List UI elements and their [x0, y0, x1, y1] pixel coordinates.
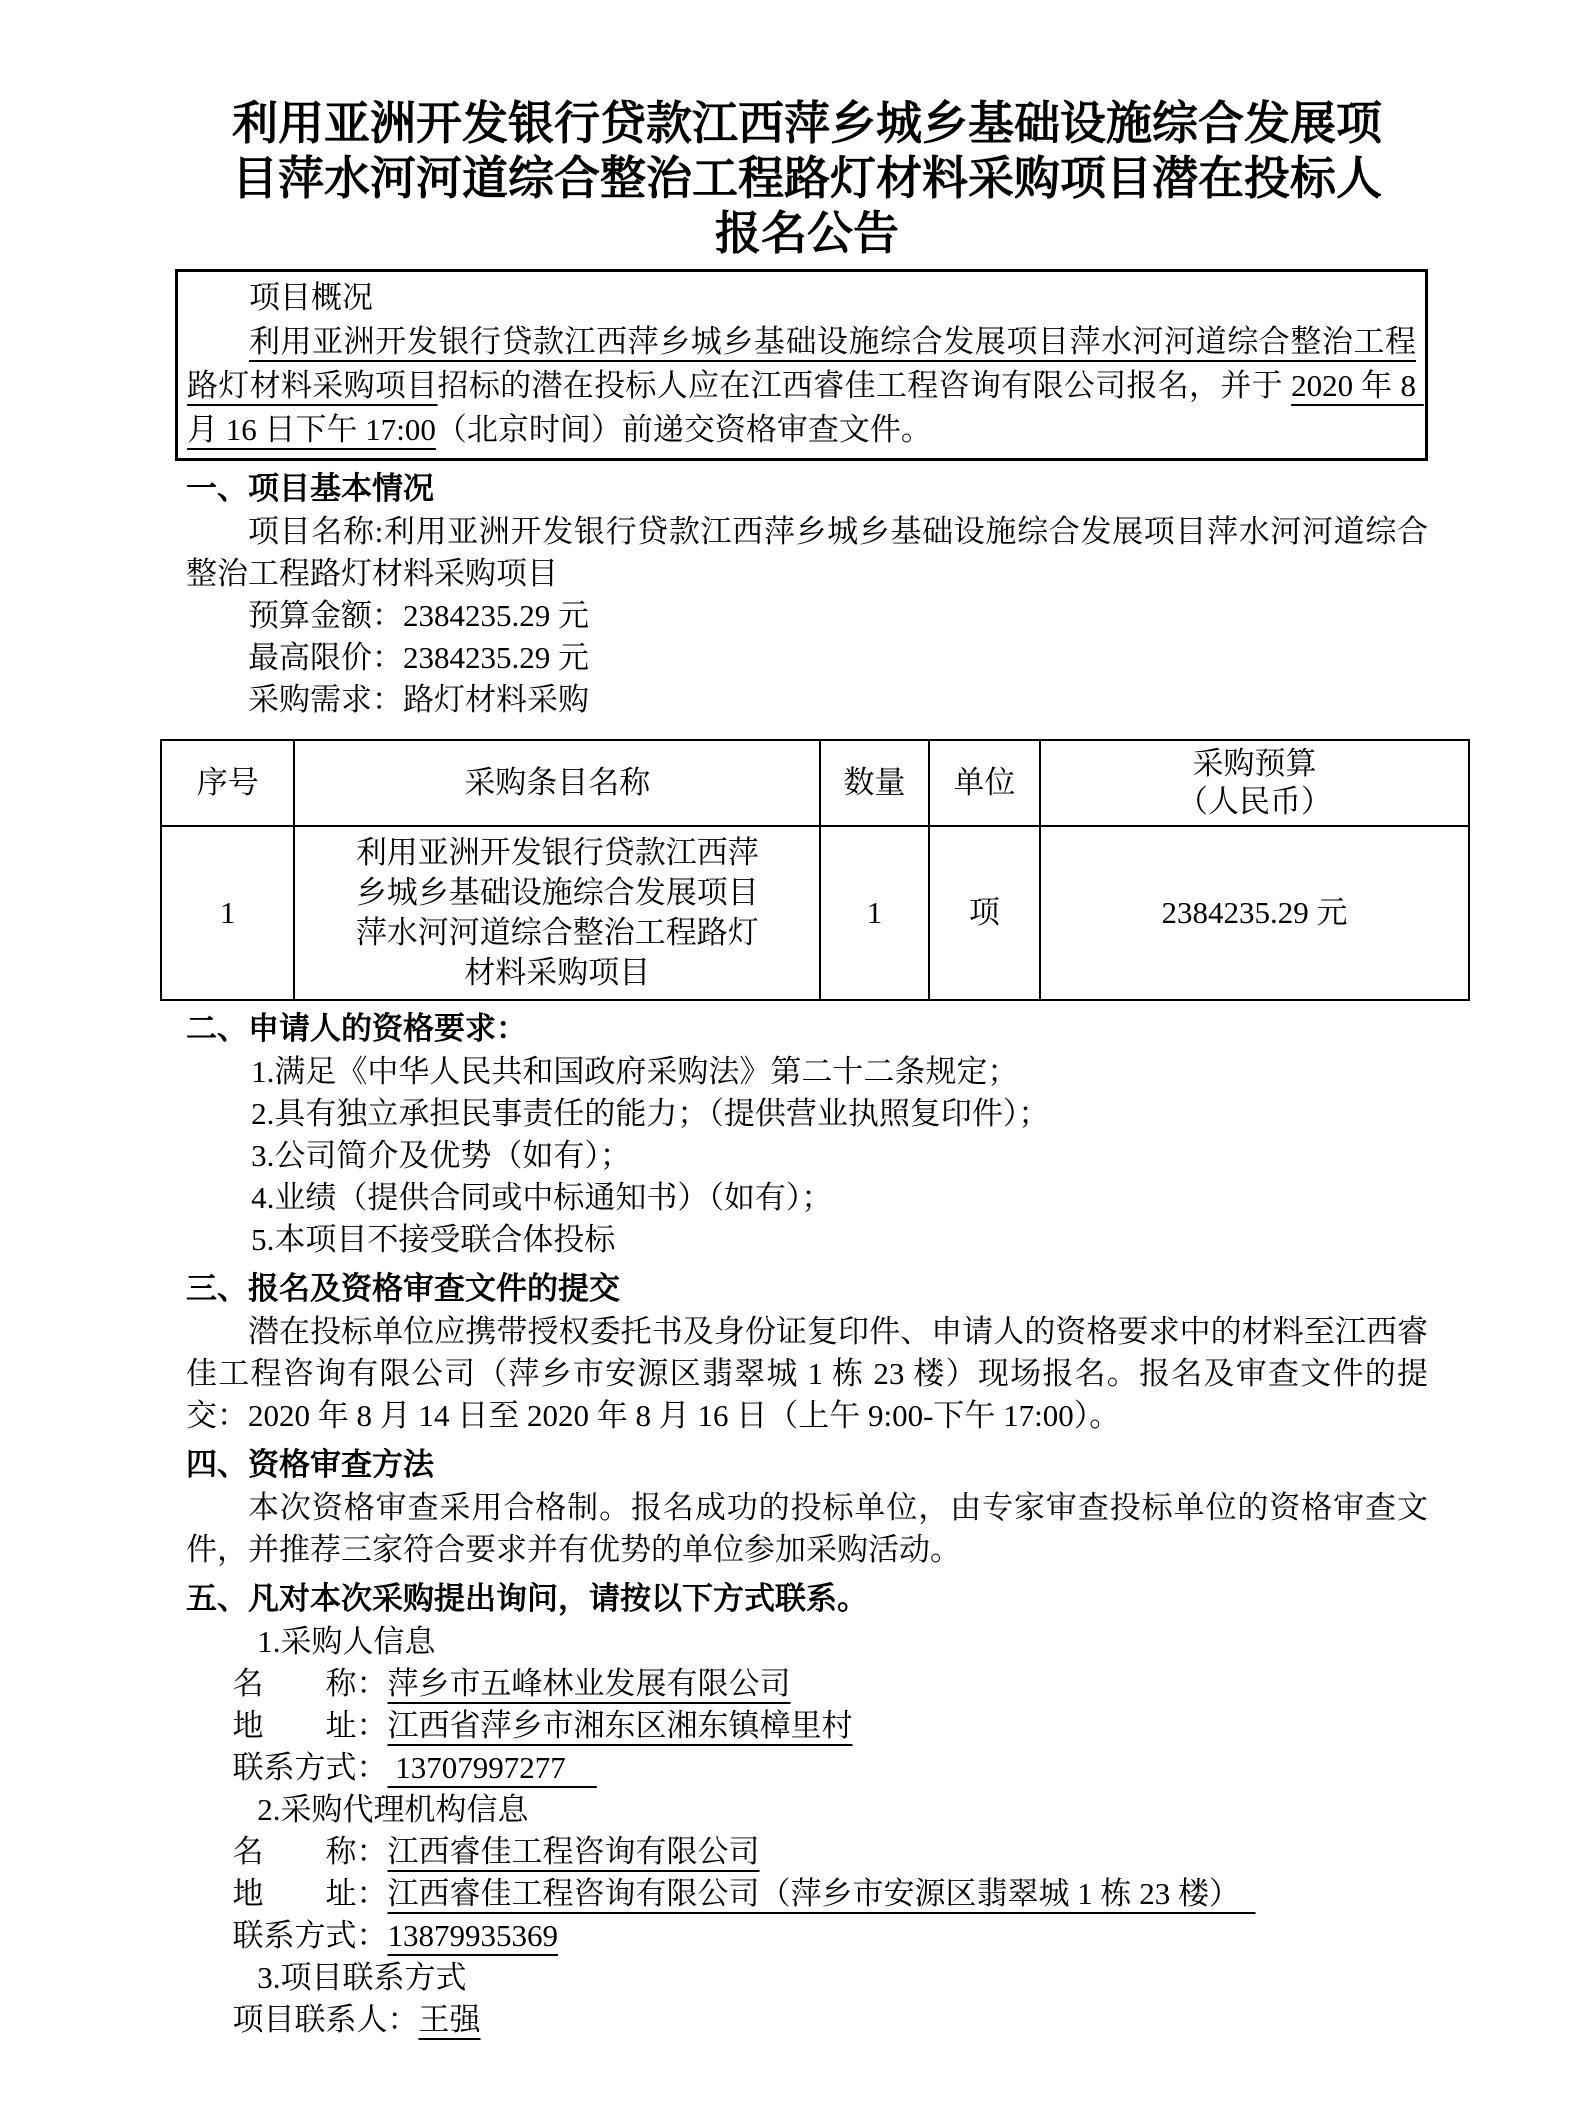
demand-line: 采购需求：路灯材料采购: [186, 679, 1428, 721]
overview-paragraph: 利用亚洲开发银行贷款江西萍乡城乡基础设施综合发展项目萍水河河道综合整治工程路灯材…: [187, 320, 1416, 452]
cell-budget: 2384235.29 元: [1040, 826, 1469, 1000]
agency-name-label: 名 称：: [233, 1834, 388, 1869]
purchaser-phone-line: 联系方式： 13707997277: [186, 1747, 1428, 1789]
purchaser-name-line: 名 称：萍乡市五峰林业发展有限公司: [186, 1663, 1428, 1705]
header-no: 序号: [161, 740, 294, 826]
agency-phone-value: 13879935369: [388, 1918, 559, 1953]
agency-address-value: 江西睿佳工程咨询有限公司（萍乡市安源区翡翠城 1 栋 23 楼）: [388, 1876, 1256, 1911]
agency-phone-line: 联系方式：13879935369: [186, 1915, 1428, 1957]
project-overview-box: 项目概况 利用亚洲开发银行贷款江西萍乡城乡基础设施综合发展项目萍水河河道综合整治…: [175, 269, 1428, 461]
agency-phone-label: 联系方式：: [233, 1918, 388, 1953]
project-contact-person-line: 项目联系人：王强: [186, 1999, 1428, 2041]
section-1-heading: 一、项目基本情况: [186, 467, 1428, 511]
budget-value: 2384235.29 元: [403, 598, 589, 633]
purchaser-address-value: 江西省萍乡市湘东区湘东镇樟里村: [388, 1708, 853, 1743]
header-qty: 数量: [820, 740, 929, 826]
title-line-1: 利用亚洲开发银行贷款江西萍乡城乡基础设施综合发展项: [186, 96, 1428, 151]
purchaser-address-line: 地 址：江西省萍乡市湘东区湘东镇樟里村: [186, 1705, 1428, 1747]
section-5-heading: 五、凡对本次采购提出询问，请按以下方式联系。: [186, 1577, 1428, 1621]
qualification-item-1: 1.满足《中华人民共和国政府采购法》第二十二条规定；: [186, 1051, 1428, 1093]
purchaser-name-label: 名 称：: [233, 1666, 388, 1701]
section-3-heading: 三、报名及资格审查文件的提交: [186, 1267, 1428, 1311]
section-2-heading: 二、申请人的资格要求：: [186, 1007, 1428, 1051]
cell-no: 1: [161, 826, 294, 1000]
demand-value: 路灯材料采购: [403, 682, 589, 717]
budget-label: 预算金额：: [248, 598, 403, 633]
qualification-item-3: 3.公司简介及优势（如有）；: [186, 1135, 1428, 1177]
max-price-line: 最高限价：2384235.29 元: [186, 637, 1428, 679]
cell-item-name: 利用亚洲开发银行贷款江西萍乡城乡基础设施综合发展项目萍水河河道综合整治工程路灯材…: [294, 826, 820, 1000]
project-contact-heading: 3.项目联系方式: [186, 1957, 1428, 1999]
purchaser-name-value: 萍乡市五峰林业发展有限公司: [388, 1666, 791, 1701]
document-title: 利用亚洲开发银行贷款江西萍乡城乡基础设施综合发展项 目萍水河河道综合整治工程路灯…: [186, 96, 1428, 261]
procurement-items-table: 序号 采购条目名称 数量 单位 采购预算 （人民币） 1 利用亚洲开发银行贷款江…: [160, 739, 1470, 1001]
agency-address-line: 地 址：江西睿佳工程咨询有限公司（萍乡市安源区翡翠城 1 栋 23 楼）: [186, 1873, 1428, 1915]
header-budget: 采购预算 （人民币）: [1040, 740, 1469, 826]
qualification-item-5: 5.本项目不接受联合体投标: [186, 1219, 1428, 1261]
qualification-item-4: 4.业绩（提供合同或中标通知书）（如有）；: [186, 1177, 1428, 1219]
table-header-row: 序号 采购条目名称 数量 单位 采购预算 （人民币）: [161, 740, 1469, 826]
max-price-value: 2384235.29 元: [403, 640, 589, 675]
document-page: 利用亚洲开发银行贷款江西萍乡城乡基础设施综合发展项 目萍水河河道综合整治工程路灯…: [0, 0, 1587, 2111]
budget-line: 预算金额：2384235.29 元: [186, 595, 1428, 637]
purchaser-phone-value: 13707997277: [388, 1750, 597, 1785]
overview-text-tail: （北京时间）前递交资格审查文件。: [436, 412, 932, 447]
section-4-heading: 四、资格审查方法: [186, 1443, 1428, 1487]
overview-text: 招标的潜在投标人应在江西睿佳工程咨询有限公司报名，并于: [438, 368, 1292, 403]
cell-qty: 1: [820, 826, 929, 1000]
table-row: 1 利用亚洲开发银行贷款江西萍乡城乡基础设施综合发展项目萍水河河道综合整治工程路…: [161, 826, 1469, 1000]
header-item-name: 采购条目名称: [294, 740, 820, 826]
agency-info-heading: 2.采购代理机构信息: [186, 1789, 1428, 1831]
header-unit: 单位: [929, 740, 1040, 826]
project-contact-person-value: 王强: [419, 2002, 481, 2037]
cell-unit: 项: [929, 826, 1040, 1000]
agency-name-line: 名 称：江西睿佳工程咨询有限公司: [186, 1831, 1428, 1873]
agency-name-value: 江西睿佳工程咨询有限公司: [388, 1834, 760, 1869]
title-line-3: 报名公告: [186, 206, 1428, 261]
title-line-2: 目萍水河河道综合整治工程路灯材料采购项目潜在投标人: [186, 151, 1428, 206]
qualification-item-2: 2.具有独立承担民事责任的能力；（提供营业执照复印件）；: [186, 1093, 1428, 1135]
review-paragraph: 本次资格审查采用合格制。报名成功的投标单位，由专家审查投标单位的资格审查文件，并…: [186, 1487, 1428, 1571]
submission-paragraph: 潜在投标单位应携带授权委托书及身份证复印件、申请人的资格要求中的材料至江西睿佳工…: [186, 1311, 1428, 1437]
project-name-line: 项目名称:利用亚洲开发银行贷款江西萍乡城乡基础设施综合发展项目萍水河河道综合整治…: [186, 511, 1428, 595]
purchaser-phone-label: 联系方式：: [233, 1750, 388, 1785]
purchaser-info-heading: 1.采购人信息: [186, 1621, 1428, 1663]
agency-address-label: 地 址：: [233, 1876, 388, 1911]
purchaser-address-label: 地 址：: [233, 1708, 388, 1743]
max-price-label: 最高限价：: [248, 640, 403, 675]
demand-label: 采购需求：: [248, 682, 403, 717]
project-contact-person-label: 项目联系人：: [233, 2002, 419, 2037]
overview-heading: 项目概况: [187, 276, 1416, 320]
